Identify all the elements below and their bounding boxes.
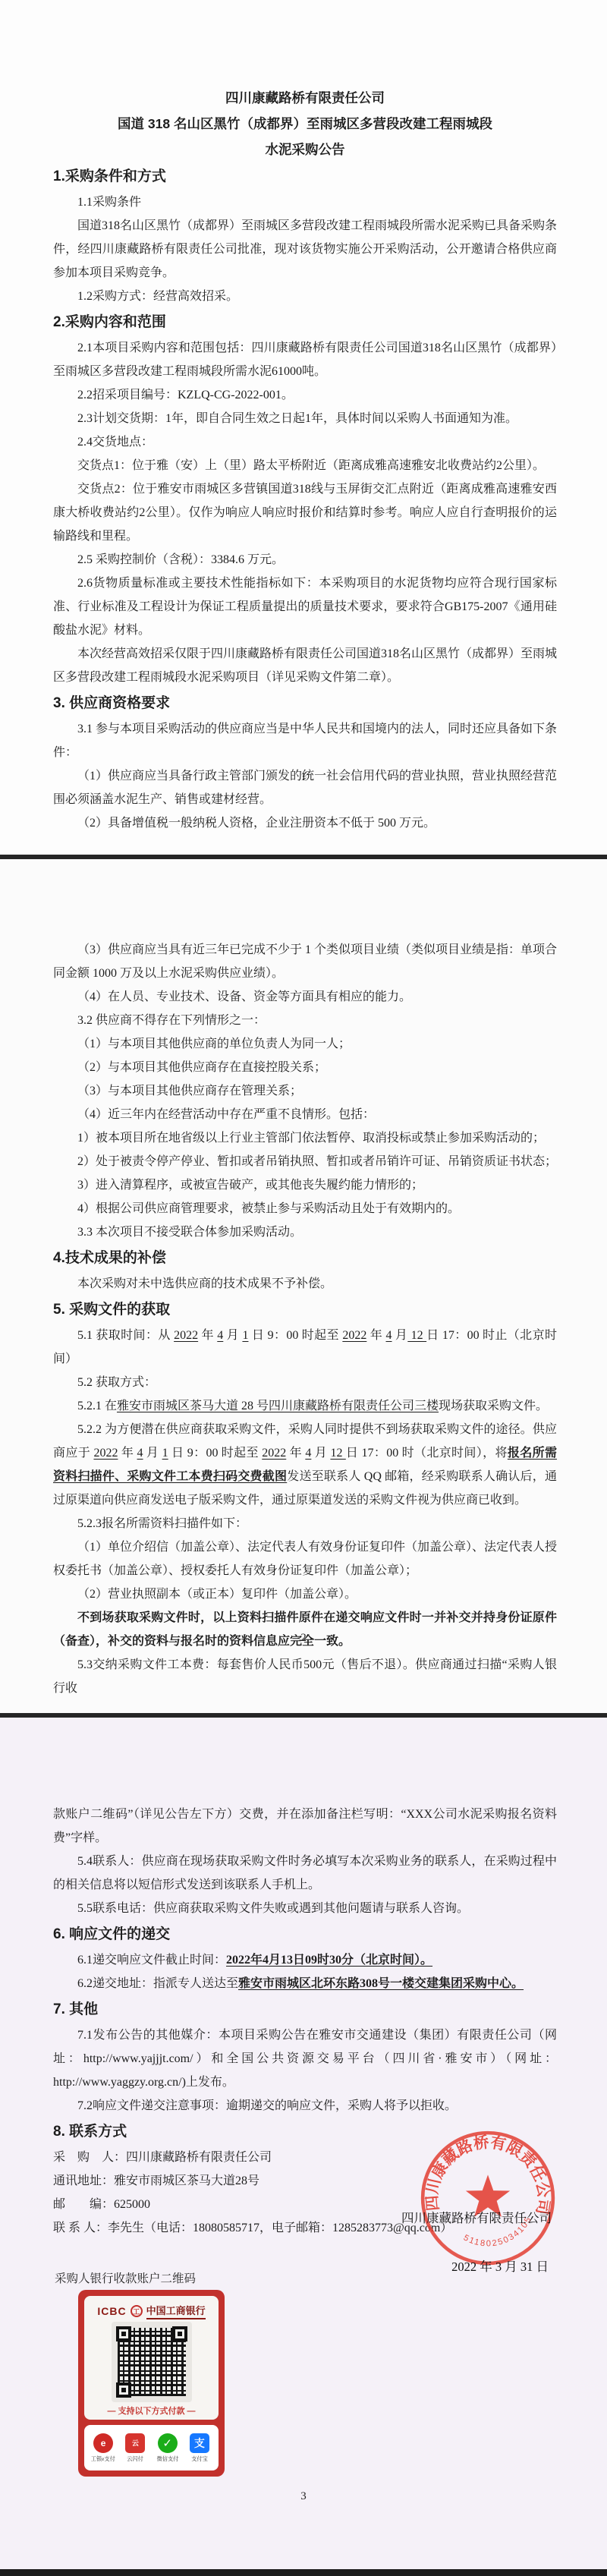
text-run: 月 xyxy=(392,1329,408,1342)
section-heading: 8. 联系方式 xyxy=(53,2118,557,2146)
wechat-pay-icon: ✓ xyxy=(158,2433,178,2453)
paragraph: 2）处于被责令停产停业、暂扣或者吊销执照、暂扣或者吊销许可证、吊销资质证书状态； xyxy=(53,1150,557,1173)
text-run: 月 xyxy=(311,1447,330,1460)
paragraph: 3.3 本次项目不接受联合体参加采购活动。 xyxy=(53,1220,557,1244)
section-heading: 6. 响应文件的递交 xyxy=(53,1920,557,1948)
text-run: 日 9：00 时起至 xyxy=(168,1447,263,1460)
page-number: 2 xyxy=(0,1632,607,1645)
section-heading: 2.采购内容和范围 xyxy=(53,308,557,336)
text-run: 2.2招采项目编号：KZLQ-CG-2022-001。 xyxy=(77,389,294,402)
text-run: 12 xyxy=(407,1329,426,1342)
bank-short-name: ICBC xyxy=(97,2305,126,2317)
text-run: 2.1本项目采购内容和范围包括：四川康藏路桥有限责任公司国道318名山区黑竹（成… xyxy=(53,342,557,378)
paragraph: 2.4交货地点： xyxy=(53,430,557,454)
payment-method-wechat: ✓ 微信支付 xyxy=(153,2433,183,2463)
paragraph: 采 购 人：四川康藏路桥有限责任公司 xyxy=(53,2146,557,2169)
text-run: 2.采购内容和范围 xyxy=(53,314,166,330)
document-title-line: 四川康藏路桥有限责任公司 xyxy=(53,85,557,111)
text-run: 1）被本项目所在地省级以上行业主管部门依法暂停、取消投标或禁止参加采购活动的； xyxy=(77,1132,545,1145)
paragraph: 1.1采购条件 xyxy=(53,191,557,214)
scan-bottom-edge xyxy=(0,2569,607,2576)
page-3-text-flow: 款账户二维码”（详见公告左下方）交费，并在添加备注栏写明：“XXX公司水泥采购报… xyxy=(53,1803,557,2240)
paragraph: 2.5 采购控制价（含税）：3384.6 万元。 xyxy=(53,548,557,572)
text-run: （1）单位介绍信（加盖公章）、法定代表人有效身份证复印件（加盖公章）、法定代表人… xyxy=(53,1541,557,1577)
text-run: 交货点1：位于雅（安）上（里）路太平桥附近（距离成雅高速雅安北收费站约2公里）。 xyxy=(77,459,545,472)
paragraph: 5.3交纳采购文件工本费：每套售价人民币500元（售后不退）。供应商通过扫描“采… xyxy=(53,1653,557,1700)
bank-full-name: 中国工商银行 xyxy=(146,2303,206,2319)
text-run: 年 xyxy=(118,1447,137,1460)
paragraph: 4）根据公司供应商管理要求，被禁止参与采购活动且处于有效期内的。 xyxy=(53,1197,557,1220)
paragraph: 3.1 参与本项目采购活动的供应商应当是中华人民共和国境内的法人，同时还应具备如… xyxy=(53,717,557,764)
text-run: （2）具备增值税一般纳税人资格，企业注册资本不低于 500 万元。 xyxy=(77,817,436,830)
text-run: 款账户二维码”（详见公告左下方）交费，并在添加备注栏写明：“XXX公司水泥采购报… xyxy=(53,1808,557,1844)
text-run: 1.2采购方式：经营高效招采。 xyxy=(77,290,238,303)
text-run: 本次经营高效招采仅限于四川康藏路桥有限责任公司国道318名山区黑竹（成都界）至雨… xyxy=(53,647,557,684)
paragraph: （4）近三年内在经营活动中存在严重不良情形。包括： xyxy=(53,1103,557,1126)
paragraph: （3）与本项目其他供应商存在管理关系； xyxy=(53,1079,557,1103)
text-run: （2）营业执照副本（或正本）复印件（加盖公章）。 xyxy=(77,1588,357,1601)
paragraph: 款账户二维码”（详见公告左下方）交费，并在添加备注栏写明：“XXX公司水泥采购报… xyxy=(53,1803,557,1850)
section-heading: 5. 采购文件的获取 xyxy=(53,1296,557,1324)
paragraph: 5.1 获取时间：从 2022 年 4 月 1 日 9：00 时起至 2022 … xyxy=(53,1324,557,1371)
paragraph: 5.2.1 在雅安市雨城区茶马大道 28 号四川康藏路桥有限责任公司三楼现场获取… xyxy=(53,1394,557,1418)
document-title-line: 国道 318 名山区黑竹（成都界）至雨城区多营段改建工程雨城段 xyxy=(53,111,557,137)
text-run: 7.1发布公告的其他媒介：本项目采购公告在雅安市交通建设（集团）有限责任公司（网… xyxy=(53,2029,557,2089)
page-1-text-flow: 四川康藏路桥有限责任公司国道 318 名山区黑竹（成都界）至雨城区多营段改建工程… xyxy=(53,85,557,835)
signature-date: 2022 年 3 月 31 日 xyxy=(451,2256,549,2275)
page-2-text-flow: （3）供应商应当具有近三年已完成不少于 1 个类似项目业绩（类似项目业绩是指：单… xyxy=(53,938,557,1700)
text-run: 通讯地址：雅安市雨城区茶马大道28号 xyxy=(53,2174,259,2187)
text-run: 5.2 获取方式： xyxy=(77,1376,156,1389)
text-run: 5.2.1 在 xyxy=(77,1400,117,1412)
text-run: 5.1 获取时间：从 xyxy=(77,1329,174,1342)
paragraph: 3.2 供应商不得存在下列情形之一： xyxy=(53,1009,557,1032)
text-run: 5.4联系人：供应商在现场获取采购文件时务必填写本次采购业务的联系人，在采购过程… xyxy=(53,1855,557,1891)
text-run: 日 17：00 时（北京时间），将 xyxy=(346,1447,508,1460)
text-run: 6.1递交响应文件截止时间： xyxy=(77,1954,226,1967)
text-run: （2）与本项目其他供应商存在直接控股关系； xyxy=(77,1061,326,1074)
payment-method-icbc-epay: e 工银e支付 xyxy=(88,2433,118,2463)
text-run: 月 xyxy=(223,1329,242,1342)
text-run: 5.2.3报名所需资料扫描件如下： xyxy=(77,1517,247,1530)
text-run: 6.2递交地址：指派专人送达至 xyxy=(77,1977,238,1990)
paragraph: 7.1发布公告的其他媒介：本项目采购公告在雅安市交通建设（集团）有限责任公司（网… xyxy=(53,2023,557,2094)
qr-finder-icon xyxy=(116,2382,131,2398)
text-run: 采 购 人：四川康藏路桥有限责任公司 xyxy=(53,2151,272,2164)
paragraph: 通讯地址：雅安市雨城区茶马大道28号 xyxy=(53,2169,557,2193)
icbc-epay-icon: e xyxy=(93,2433,113,2453)
section-heading: 7. 其他 xyxy=(53,1995,557,2023)
text-run: 年 xyxy=(286,1447,305,1460)
page-number: 3 xyxy=(0,2490,607,2503)
text-run: 2022 xyxy=(342,1329,366,1342)
text-run: 7.2响应文件递交注意事项：逾期递交的响应文件，采购人将予以拒收。 xyxy=(77,2099,457,2112)
text-run: 4 xyxy=(137,1447,143,1460)
payment-method-label: 工银e支付 xyxy=(91,2455,115,2462)
section-heading: 3. 供应商资格要求 xyxy=(53,689,557,717)
bank-qr-payment-card: ICBC 工 中国工商银行 — 支持以下方式付款 — e 工银e支付 xyxy=(78,2290,225,2477)
section-heading: 4.技术成果的补偿 xyxy=(53,1244,557,1272)
text-run: 3.2 供应商不得存在下列情形之一： xyxy=(77,1014,266,1027)
text-run: 邮 编：625000 xyxy=(53,2198,150,2211)
paragraph: 2.1本项目采购内容和范围包括：四川康藏路桥有限责任公司国道318名山区黑竹（成… xyxy=(53,336,557,383)
paragraph: 6.1递交响应文件截止时间：2022年4月13日09时30分（北京时间）。 xyxy=(53,1948,557,1972)
paragraph: （4）在人员、专业技术、设备、资金等方面具有相应的能力。 xyxy=(53,985,557,1009)
scanned-procurement-announcement: 四川康藏路桥有限责任公司国道 318 名山区黑竹（成都界）至雨城区多营段改建工程… xyxy=(0,0,607,2576)
paragraph: 交货点1：位于雅（安）上（里）路太平桥附近（距离成雅高速雅安北收费站约2公里）。 xyxy=(53,454,557,477)
paragraph: 本次经营高效招采仅限于四川康藏路桥有限责任公司国道318名山区黑竹（成都界）至雨… xyxy=(53,642,557,689)
icbc-logo-icon: 工 xyxy=(131,2305,143,2317)
paragraph: 7.2响应文件递交注意事项：逾期递交的响应文件，采购人将予以拒收。 xyxy=(53,2094,557,2118)
text-run: 现场获取采购文件。 xyxy=(439,1400,548,1412)
text-run: 雅安市雨城区茶马大道 28 号四川康藏路桥有限责任公司三楼 xyxy=(117,1400,439,1412)
paragraph: （2）与本项目其他供应商存在直接控股关系； xyxy=(53,1056,557,1079)
text-run: 2.4交货地点： xyxy=(77,436,153,449)
text-run: 年 xyxy=(198,1329,217,1342)
text-run: 雅安市雨城区北环东路308号一楼交建集团采购中心。 xyxy=(238,1977,524,1990)
text-run: 3. 供应商资格要求 xyxy=(53,695,170,711)
text-run: 年 xyxy=(366,1329,385,1342)
paragraph: 2.2招采项目编号：KZLQ-CG-2022-001。 xyxy=(53,383,557,407)
qr-card-label: 采购人银行收款账户二维码 xyxy=(55,2269,196,2286)
text-run: 2022 xyxy=(174,1329,198,1342)
document-page-1: 四川康藏路桥有限责任公司国道 318 名山区黑竹（成都界）至雨城区多营段改建工程… xyxy=(0,0,607,855)
payment-methods-row: e 工银e支付 云 云闪付 ✓ 微信支付 支 支付宝 xyxy=(84,2425,219,2471)
text-run: 3）进入清算程序，或被宣告破产，或其他丧失履约能力情形的； xyxy=(77,1179,423,1192)
paragraph: 国道318名山区黑竹（成都界）至雨城区多营段改建工程雨城段所需水泥采购已具备采购… xyxy=(53,214,557,285)
text-run: （1）与本项目其他供应商的单位负责人为同一人； xyxy=(77,1038,351,1050)
paragraph: 2.3计划交货期：1年，即自合同生效之日起1年，具体时间以采购人书面通知为准。 xyxy=(53,407,557,430)
text-run: （3）与本项目其他供应商存在管理关系； xyxy=(77,1085,302,1097)
paragraph: 本次采购对未中选供应商的技术成果不予补偿。 xyxy=(53,1272,557,1296)
text-run: 5.3交纳采购文件工本费：每套售价人民币500元（售后不退）。供应商通过扫描“采… xyxy=(53,1658,557,1695)
section-heading: 1.采购条件和方式 xyxy=(53,162,557,191)
paragraph: 不到场获取采购文件时，以上资料扫描件原件在递交响应文件时一并补交并持身份证原件（… xyxy=(53,1606,557,1653)
paragraph: （2）营业执照副本（或正本）复印件（加盖公章）。 xyxy=(53,1582,557,1606)
text-run: 月 xyxy=(143,1447,162,1460)
text-run: 7. 其他 xyxy=(53,2001,98,2017)
text-run: 3.3 本次项目不接受联合体参加采购活动。 xyxy=(77,1226,302,1239)
text-run: 5. 采购文件的获取 xyxy=(53,1302,170,1318)
payment-method-label: 微信支付 xyxy=(156,2455,178,2462)
text-run: 交货点2：位于雅安市雨城区多营镇国道318线与玉屏街交汇点附近（距离成雅高速雅安… xyxy=(53,483,557,543)
text-run: 4）根据公司供应商管理要求，被禁止参与采购活动且处于有效期内的。 xyxy=(77,1202,460,1215)
paragraph: （1）与本项目其他供应商的单位负责人为同一人； xyxy=(53,1032,557,1056)
text-run: 四川康藏路桥有限责任公司 xyxy=(225,90,385,105)
text-run: （3）供应商应当具有近三年已完成不少于 1 个类似项目业绩（类似项目业绩是指：单… xyxy=(53,943,557,980)
qr-finder-icon xyxy=(172,2326,187,2341)
text-run: 4.技术成果的补偿 xyxy=(53,1250,166,1266)
text-run: 2）处于被责令停产停业、暂扣或者吊销执照、暂扣或者吊销许可证、吊销资质证书状态； xyxy=(77,1155,557,1168)
text-run: 2022年4月13日09时30分（北京时间）。 xyxy=(226,1954,432,1967)
text-run: 2.5 采购控制价（含税）：3384.6 万元。 xyxy=(77,553,284,566)
text-run: 日 9：00 时起至 xyxy=(248,1329,342,1342)
paragraph: 5.2.2 为方便潜在供应商获取采购文件，采购人同时提供不到场获取采购文件的途径… xyxy=(53,1418,557,1512)
text-run: 2.3计划交货期：1年，即自合同生效之日起1年，具体时间以采购人书面通知为准。 xyxy=(77,412,517,425)
document-page-2: （3）供应商应当具有近三年已完成不少于 1 个类似项目业绩（类似项目业绩是指：单… xyxy=(0,859,607,1713)
payment-method-label: 支付宝 xyxy=(191,2455,208,2462)
qr-code xyxy=(112,2322,192,2402)
bank-header: ICBC 工 中国工商银行 xyxy=(84,2296,219,2319)
text-run: 6. 响应文件的递交 xyxy=(53,1926,170,1942)
paragraph: 5.5联系电话：供应商获取采购文件失败或遇到其他问题请与联系人咨询。 xyxy=(53,1897,557,1920)
payment-method-unionpay: 云 云闪付 xyxy=(120,2433,150,2463)
text-run: 国道318名山区黑竹（成都界）至雨城区多营段改建工程雨城段所需水泥采购已具备采购… xyxy=(53,219,557,279)
text-run: （4）近三年内在经营活动中存在严重不良情形。包括： xyxy=(77,1108,375,1121)
text-run: 1.采购条件和方式 xyxy=(53,168,166,184)
paragraph: （1）单位介绍信（加盖公章）、法定代表人有效身份证复印件（加盖公章）、法定代表人… xyxy=(53,1535,557,1582)
paragraph: 交货点2：位于雅安市雨城区多营镇国道318线与玉屏街交汇点附近（距离成雅高速雅安… xyxy=(53,477,557,548)
payment-method-alipay: 支 支付宝 xyxy=(184,2433,215,2463)
text-run: 2.6货物质量标准或主要技术性能指标如下：本采购项目的水泥货物均应符合现行国家标… xyxy=(53,577,557,637)
paragraph: 1.2采购方式：经营高效招采。 xyxy=(53,285,557,308)
page-number: 1 xyxy=(0,771,607,784)
paragraph: 5.2 获取方式： xyxy=(53,1371,557,1394)
text-run: 1.1采购条件 xyxy=(77,196,141,209)
text-run: 联 系 人：李先生（电话：18080585717，电子邮箱：1285283773… xyxy=(53,2222,452,2234)
paragraph: 2.6货物质量标准或主要技术性能指标如下：本采购项目的水泥货物均应符合现行国家标… xyxy=(53,572,557,642)
text-run: 本次采购对未中选供应商的技术成果不予补偿。 xyxy=(77,1277,332,1290)
paragraph: （3）供应商应当具有近三年已完成不少于 1 个类似项目业绩（类似项目业绩是指：单… xyxy=(53,938,557,985)
paragraph: （2）具备增值税一般纳税人资格，企业注册资本不低于 500 万元。 xyxy=(53,811,557,835)
paragraph: 6.2递交地址：指派专人送达至雅安市雨城区北环东路308号一楼交建集团采购中心。 xyxy=(53,1972,557,1995)
text-run: 5.5联系电话：供应商获取采购文件失败或遇到其他问题请与联系人咨询。 xyxy=(77,1902,469,1915)
qr-finder-icon xyxy=(116,2326,131,2341)
text-run: 12 xyxy=(330,1447,345,1460)
document-title-line: 水泥采购公告 xyxy=(53,137,557,162)
text-run: 国道 318 名山区黑竹（成都界）至雨城区多营段改建工程雨城段 xyxy=(118,116,492,131)
text-run: 3.1 参与本项目采购活动的供应商应当是中华人民共和国境内的法人，同时还应具备如… xyxy=(53,723,557,759)
qr-card-top-panel: ICBC 工 中国工商银行 — 支持以下方式付款 — xyxy=(84,2296,219,2420)
payment-method-label: 云闪付 xyxy=(127,2455,144,2462)
text-run: 1 xyxy=(162,1447,168,1460)
text-run: 2022 xyxy=(262,1447,286,1460)
paragraph: 3）进入清算程序，或被宣告破产，或其他丧失履约能力情形的； xyxy=(53,1173,557,1197)
unionpay-icon: 云 xyxy=(125,2433,145,2453)
alipay-icon: 支 xyxy=(190,2433,209,2453)
text-run: 水泥采购公告 xyxy=(266,142,345,157)
paragraph: 5.4联系人：供应商在现场获取采购文件时务必填写本次采购业务的联系人，在采购过程… xyxy=(53,1850,557,1897)
payment-methods-hint: — 支持以下方式付款 — xyxy=(84,2404,219,2417)
text-run: 4 xyxy=(386,1329,392,1342)
paragraph: 5.2.3报名所需资料扫描件如下： xyxy=(53,1512,557,1535)
paragraph: 1）被本项目所在地省级以上行业主管部门依法暂停、取消投标或禁止参加采购活动的； xyxy=(53,1126,557,1150)
text-run: 8. 联系方式 xyxy=(53,2124,127,2140)
document-page-3: 款账户二维码”（详见公告左下方）交费，并在添加备注栏写明：“XXX公司水泥采购报… xyxy=(0,1718,607,2569)
text-run: 2022 xyxy=(93,1447,118,1460)
text-run: （4）在人员、专业技术、设备、资金等方面具有相应的能力。 xyxy=(77,990,411,1003)
signature-company: 四川康藏路桥有限责任公司 xyxy=(401,2208,552,2226)
